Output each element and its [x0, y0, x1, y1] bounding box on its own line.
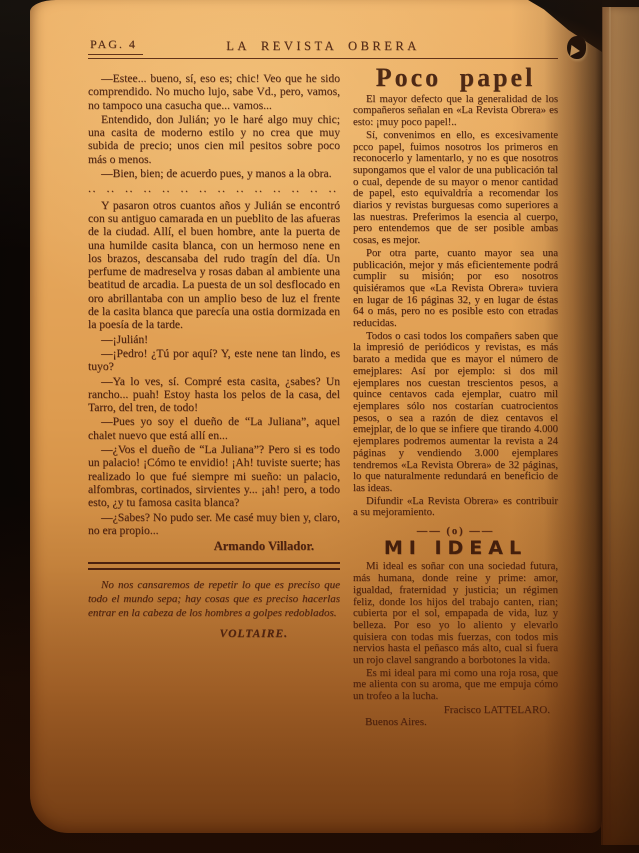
magazine-page: PAG. 4 LA REVISTA OBRERA —Estee... bueno…: [30, 0, 602, 833]
article-paragraph: Difundir «La Revista Obrera» es contribu…: [353, 496, 558, 519]
page-behind-edge: [601, 7, 639, 845]
article-paragraph: Es mi ideal para mi como una roja rosa, …: [353, 668, 558, 703]
article-paragraph: Sí, convenimos en ello, es excesivamente…: [353, 130, 558, 247]
article-paragraph: Mi ideal es soñar con una sociedad futur…: [353, 561, 558, 666]
story-paragraph: Entendido, don Julián; yo le haré algo m…: [88, 113, 340, 166]
story-paragraph: —Bien, bien; de acuerdo pues, y manos a …: [88, 167, 340, 180]
story-column: —Estee... bueno, sí, eso es; chic! Veo q…: [88, 72, 340, 728]
story-paragraph: —Estee... bueno, sí, eso es; chic! Veo q…: [88, 72, 340, 112]
two-column-layout: —Estee... bueno, sí, eso es; chic! Veo q…: [88, 72, 558, 728]
photo-background: PAG. 4 LA REVISTA OBRERA —Estee... bueno…: [0, 0, 639, 853]
publication-title: LA REVISTA OBRERA: [226, 39, 420, 54]
ornament-divider: —— (o) ——: [353, 526, 558, 538]
story-paragraph: —¿Sabes? No pudo ser. Me casé muy bien y…: [88, 511, 340, 538]
page-number-label: PAG. 4: [88, 37, 143, 55]
footnote-quote: No nos cansaremos de repetir lo que es p…: [88, 579, 340, 620]
article-author-signature: Fracisco LATTELARO.: [353, 705, 558, 717]
article-title-poco-papel: Poco papel: [353, 72, 558, 84]
dotted-separator: .. .. .. .. .. .. .. .. .. .. .. .. .. .…: [88, 182, 340, 195]
punch-hole: [567, 36, 586, 59]
story-paragraph: —¡Julián!: [88, 333, 340, 346]
article-paragraph: Por otra parte, cuanto mayor sea una pub…: [353, 248, 558, 330]
story-paragraph: —¡Pedro! ¿Tú por aquí? Y, este nene tan …: [88, 347, 340, 374]
story-paragraph: —Ya lo ves, sí. Compré esta casita, ¿sab…: [88, 375, 340, 415]
articles-column: Poco papel El mayor defecto que la gener…: [353, 72, 558, 728]
footnote-quote-author: VOLTAIRE.: [88, 628, 340, 641]
article-author-location: Buenos Aires.: [353, 717, 558, 729]
story-paragraph: —Pues yo soy el dueño de “La Juliana”, a…: [88, 415, 340, 442]
story-paragraph: —¿Vos el dueño de “La Juliana”? Pero si …: [88, 443, 340, 509]
article-paragraph: Todos o casi todos los compañers saben q…: [353, 331, 558, 495]
story-paragraph: Y pasaron otros cuantos años y Julián se…: [88, 199, 340, 332]
article-title-mi-ideal: MI IDEAL: [353, 543, 558, 555]
story-author-signature: Armando Villador.: [88, 540, 340, 553]
printed-content: PAG. 4 LA REVISTA OBRERA —Estee... bueno…: [88, 34, 558, 728]
page-header: PAG. 4 LA REVISTA OBRERA: [88, 34, 558, 59]
double-rule-divider: [88, 562, 340, 570]
article-paragraph: El mayor defecto que la generalidad de l…: [353, 94, 558, 129]
